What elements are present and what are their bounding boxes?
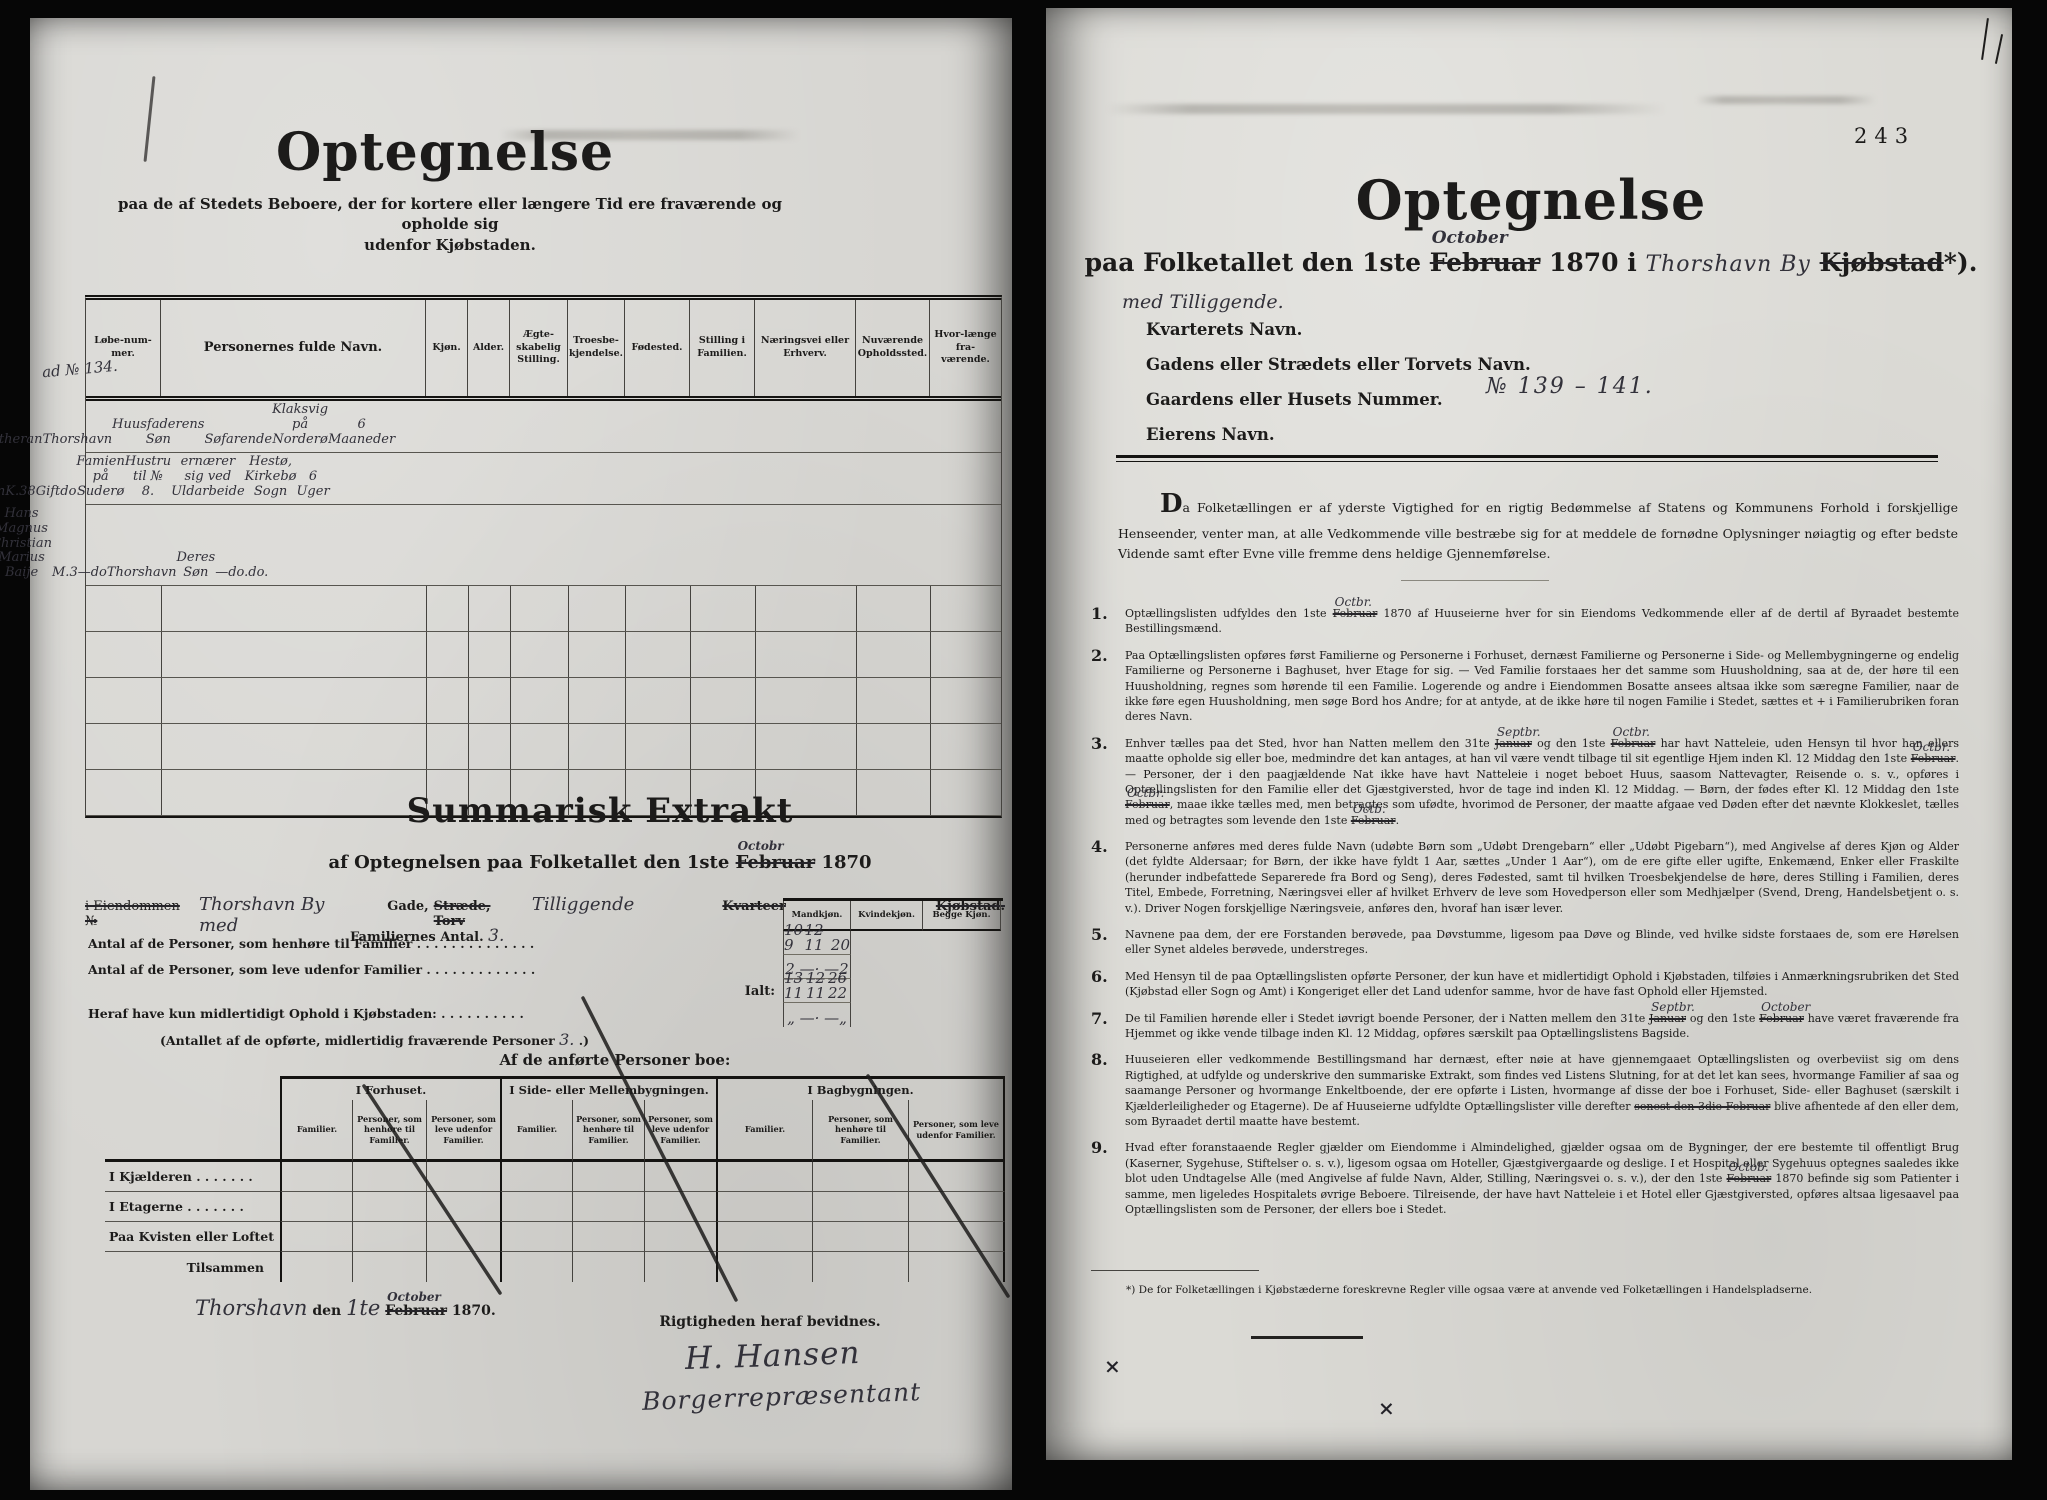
column-header: Personernes fulde Navn. — [161, 300, 426, 396]
absent-count-post: .) — [579, 1033, 589, 1048]
handwritten-correction: Octob. — [1729, 1159, 1769, 1176]
text-segment: og den 1ste — [1532, 737, 1611, 750]
instruction-item: 9.Hvad efter foranstaaende Regler gjælde… — [1091, 1140, 1959, 1217]
handwritten-entry: Thorshavn — [107, 566, 177, 581]
divider-rule — [1116, 455, 1938, 462]
text-segment: FebruarOctb. — [1351, 814, 1396, 827]
column-header: Begge Kjøn. — [923, 901, 1001, 931]
subcolumn-header: Personer, som leve udenfor Familier. — [644, 1100, 716, 1162]
struck-label: i Eiendommen № — [85, 899, 191, 929]
census-table: Løbe-num-mer.Personernes fulde Navn.Kjøn… — [85, 295, 1002, 818]
handwritten-month: October — [1432, 228, 1508, 248]
page-subtitle-line1: paa de af Stedets Beboere, der for korte… — [90, 194, 810, 235]
handwritten-entry: Deres Søn — [176, 551, 215, 581]
count-row-label: Antal af de Personer, som leve udenfor F… — [88, 962, 738, 977]
extract-subtitle-year: 1870 — [821, 852, 871, 873]
page-subtitle: paa de af Stedets Beboere, der for korte… — [90, 194, 810, 255]
handwritten-entry: M. — [52, 566, 69, 581]
address-line-nummer: Gaardens eller Husets Nummer. — [1146, 390, 1443, 409]
item-number: 9. — [1091, 1137, 1108, 1159]
table-row: 2.Anna Maria f. MagnussenK.38GiftdoFamie… — [86, 453, 1001, 505]
item-text: Navnene paa dem, der ere Forstanden berø… — [1125, 928, 1959, 956]
handwritten-entry: Gift — [36, 485, 61, 500]
residence-row: I Kjælderen . . . . . . . — [105, 1162, 1005, 1192]
segment-text: Navnene paa dem, der ere Forstanden berø… — [1125, 928, 1959, 956]
segment-text: , maae ikke tælles med, men betragtes so… — [1125, 798, 1959, 826]
column-header: Alder. — [468, 300, 510, 396]
text-segment: og den 1ste — [1686, 1012, 1759, 1025]
text-segment: , maae ikke tælles med, men betragtes so… — [1125, 798, 1959, 826]
date-line: Thorshavn den 1te FebruarOctober 1870. — [195, 1296, 496, 1320]
segment-text: senest den 3die Februar — [1634, 1100, 1770, 1113]
residence-subheader-row: Familier. Personer, som henhøre til Fami… — [105, 1100, 1005, 1162]
table-cell: 3.Hans Magnus Christian Marius BaijeM.3—… — [86, 505, 161, 586]
handwritten-count: 1̶2̶ 11 — [805, 923, 831, 953]
handwritten-count: 2̶6̶ 22 — [828, 971, 850, 1001]
handwritten-count: 20 — [831, 938, 850, 953]
group-header: I Bagbygningen. — [716, 1076, 1005, 1100]
text-segment: FebruarOctbr. — [1911, 752, 1956, 765]
handwritten-place: Thorshavn By med — [199, 894, 361, 936]
text-segment: Optællingslisten udfyldes den 1ste — [1125, 607, 1333, 620]
column-header: Kvindekjøn. — [851, 901, 923, 931]
item-text: Hvad efter foranstaaende Regler gjælder … — [1125, 1141, 1959, 1216]
text-segment: Navnene paa dem, der ere Forstanden berø… — [1125, 928, 1959, 956]
handwritten-month: October — [387, 1290, 441, 1304]
segment-text: Med Hensyn til de paa Optællingslisten o… — [1125, 970, 1959, 998]
printed-label: Gade, — [387, 899, 428, 914]
handwritten-entry: Thorshavn — [43, 433, 113, 448]
page-number: 243 — [1854, 124, 1915, 148]
handwritten-entry: do — [91, 566, 107, 581]
handwritten-house-number: № 139 – 141. — [1486, 374, 1654, 399]
printed-year: 1870. — [452, 1303, 496, 1319]
column-header: Nuværende Opholdssted. — [856, 300, 930, 396]
footnote: *) De for Folketællingen i Kjøbstæderne … — [1126, 1284, 1936, 1296]
handwritten-day: 1te — [346, 1296, 380, 1320]
segment-text: . — [1396, 814, 1400, 827]
handwritten-place: Thorshavn By — [1645, 252, 1810, 277]
residence-row: Paa Kvisten eller Loftet — [105, 1222, 1005, 1252]
corrected-date: FebruarOctobr — [736, 852, 816, 873]
census-table-body: 1.Jørgen Frantz HansenM.25UgiftLutheranT… — [86, 401, 1001, 586]
subcolumn-header: Personer, som leve udenfor Familier. — [426, 1100, 500, 1162]
struck-month: Februar — [385, 1303, 447, 1319]
item-text: Personerne anføres med deres fulde Navn … — [1125, 840, 1959, 915]
bottom-rule — [1251, 1336, 1363, 1339]
bleed-through-artifact — [1106, 104, 1666, 114]
bleed-through-artifact — [1696, 96, 1876, 104]
struck-word: Kjøbstad — [1820, 248, 1944, 277]
row-label: Tilsammen — [105, 1252, 280, 1282]
absent-count-handwritten: 3. — [559, 1030, 574, 1049]
handwritten-entry: 6 Uger — [296, 470, 329, 500]
subcolumn-header: Personer, som henhøre til Familier. — [352, 1100, 426, 1162]
instruction-item: 2.Paa Optællingslisten opføres først Fam… — [1091, 648, 1959, 725]
page-subtitle: paa Folketallet den 1ste FebruarOctober … — [1066, 248, 1996, 277]
subtitle-footnote-ref: *). — [1944, 248, 1978, 277]
handwritten-place: Thorshavn — [195, 1296, 307, 1320]
pen-stroke-artifact — [1995, 34, 2003, 64]
instruction-item: 8.Huuseieren eller vedkommende Bestillin… — [1091, 1052, 1959, 1129]
text-segment: FebruarOctob. — [1727, 1172, 1772, 1185]
column-header: Hvor-længe fra-værende. — [930, 300, 1001, 396]
item-text: De til Familien hørende eller i Stedet i… — [1125, 1012, 1959, 1040]
item-text: Paa Optællingslisten opføres først Famil… — [1125, 649, 1959, 724]
instruction-item: 7.De til Familien hørende eller i Stedet… — [1091, 1011, 1959, 1042]
right-page: 243 Optegnelse paa Folketallet den 1ste … — [1046, 8, 2012, 1460]
handwritten-entry: 6 Maaneder — [328, 418, 395, 448]
item-number: 3. — [1091, 733, 1108, 755]
subcolumn-header: Personer, som henhøre til Familier. — [812, 1100, 908, 1162]
segment-text: De til Familien hørende eller i Stedet i… — [1125, 1012, 1649, 1025]
instructions-list: 1.Optællingslisten udfyldes den 1ste Feb… — [1091, 606, 1959, 1228]
residence-row-total: Tilsammen — [105, 1252, 1005, 1282]
text-segment: Personerne anføres med deres fulde Navn … — [1125, 840, 1959, 915]
segment-text: Enhver tælles paa det Sted, hvor han Nat… — [1125, 737, 1495, 750]
struck-month: Februar — [1430, 248, 1541, 277]
text-segment: FebruarOctober — [1759, 1012, 1804, 1025]
item-number: 7. — [1091, 1008, 1108, 1030]
extract-subtitle: af Optegnelsen paa Folketallet den 1ste … — [260, 852, 940, 873]
corrected-date: FebruarOctober — [1430, 248, 1541, 277]
group-header: I Forhuset. — [280, 1076, 500, 1100]
text-segment: FebruarOctbr. — [1125, 798, 1170, 811]
handwritten-tilliggende: med Tilliggende. — [1122, 291, 1284, 313]
subcolumn-header: Personer, som leve udenfor Familier. — [908, 1100, 1005, 1162]
item-text: Optællingslisten udfyldes den 1ste Febru… — [1125, 607, 1959, 635]
text-segment: JanuarSeptbr. — [1649, 1012, 1686, 1025]
item-text: Med Hensyn til de paa Optællingslisten o… — [1125, 970, 1959, 998]
handwritten-entry: Hans Magnus Christian Marius Baije — [0, 507, 52, 582]
handwritten-correction: Octb. — [1353, 801, 1386, 818]
handwritten-count: 1̶0̶ 9 — [784, 923, 805, 953]
table-cell: 2.Anna Maria f. MagnussenK.38GiftdoFamie… — [86, 453, 161, 504]
handwritten-entry: ernærer sig ved Uldarbeide — [171, 455, 245, 500]
table-row: 3.Hans Magnus Christian Marius BaijeM.3—… — [86, 505, 1001, 587]
column-header: Ægte-skabelig Stilling. — [510, 300, 568, 396]
text-segment: JanuarSeptbr. — [1495, 737, 1532, 750]
attestation-label: Rigtigheden heraf bevidnes. — [630, 1314, 910, 1330]
handwritten-count: „ — — [787, 1011, 815, 1026]
handwritten-entry: do. — [228, 566, 248, 581]
count-row-label: Antal af de Personer, som henhøre til Fa… — [88, 936, 738, 951]
segment-text: og den 1ste — [1532, 737, 1611, 750]
footnote-rule — [1091, 1270, 1259, 1271]
printed-den: den — [312, 1303, 341, 1319]
struck-label: Stræde, Torv — [434, 899, 522, 929]
table-cell: 1̶3̶ 111̶2̶ 112̶6̶ 22 — [783, 979, 851, 1003]
intro-paragraph: Da Folketællingen er af yderste Vigtighe… — [1118, 484, 1958, 563]
census-table-header: Løbe-num-mer.Personernes fulde Navn.Kjøn… — [86, 300, 1001, 401]
handwritten-entry: Klaksvig på Norderø — [272, 403, 328, 448]
group-header: I Side- eller Mellembygningen. — [500, 1076, 716, 1100]
table-row: „ —· —„ — [783, 1003, 1003, 1027]
address-line-gade: Gadens eller Strædets eller Torvets Navn… — [1146, 355, 1531, 374]
address-line-eier: Eierens Navn. — [1146, 425, 1275, 444]
text-segment: Med Hensyn til de paa Optællingslisten o… — [1125, 970, 1959, 998]
text-segment: Enhver tælles paa det Sted, hvor han Nat… — [1125, 737, 1495, 750]
extract-subtitle-pre: af Optegnelsen paa Folketallet den 1ste — [328, 852, 729, 873]
item-number: 1. — [1091, 603, 1108, 625]
instruction-item: 6.Med Hensyn til de paa Optællingslisten… — [1091, 969, 1959, 1000]
struck-month: Februar — [736, 852, 816, 873]
text-segment: senest den 3die Februar — [1634, 1100, 1770, 1113]
handwritten-correction: Octbr. — [1613, 724, 1650, 741]
x-mark: × — [1104, 1354, 1121, 1378]
segment-text: Paa Optællingslisten opføres først Famil… — [1125, 649, 1959, 724]
subtitle-mid: 1870 i — [1549, 248, 1637, 277]
handwritten-entry: Famien på Suderø — [76, 455, 124, 500]
handwritten-word: Tilliggende — [532, 894, 635, 915]
segment-text: og den 1ste — [1686, 1012, 1759, 1025]
column-header: Løbe-num-mer. — [86, 300, 161, 396]
handwritten-entry: Huusfaderens Søn — [112, 418, 204, 448]
column-header: Fødested. — [625, 300, 690, 396]
table-row: 1̶0̶ 91̶2̶ 1120 — [783, 931, 1003, 955]
total-label: Ialt: — [670, 984, 775, 999]
item-number: 2. — [1091, 645, 1108, 667]
handwritten-count: 1̶3̶ 11 — [784, 971, 806, 1001]
handwritten-correction: Octbr. — [1913, 739, 1950, 756]
signer-title: Borgerrepræsentant — [642, 1377, 922, 1416]
row-label: I Kjælderen . . . . . . . — [105, 1162, 280, 1192]
table-cell: „ —· —„ — [783, 1003, 851, 1027]
stub-spacer — [105, 1076, 280, 1100]
item-number: 5. — [1091, 924, 1108, 946]
page-title: Optegnelse — [1106, 168, 1956, 232]
handwritten-entry: do. — [248, 566, 268, 581]
residence-table: I Forhuset. I Side- eller Mellembygninge… — [105, 1076, 1005, 1282]
empty-table-row — [86, 724, 1001, 770]
page-title: Optegnelse — [30, 122, 860, 183]
item-number: 6. — [1091, 966, 1108, 988]
row-label: I Etagerne . . . . . . . — [105, 1192, 280, 1222]
section-rule — [1401, 580, 1549, 581]
sex-count-body: 1̶0̶ 91̶2̶ 1120 2 —· —2 1̶3̶ 111̶2̶ 112̶… — [783, 931, 1003, 1027]
item-text: Enhver tælles paa det Sted, hvor han Nat… — [1125, 737, 1959, 827]
column-header: Troesbe-kjendelse. — [568, 300, 625, 396]
absent-count-pre: (Antallet af de opførte, midlertidig fra… — [160, 1033, 555, 1048]
handwritten-entry: Hestø, Kirkebø Sogn — [245, 455, 297, 500]
handwritten-entry: Søfarende — [204, 433, 272, 448]
subtitle-pre: paa Folketallet den 1ste — [1085, 248, 1421, 277]
text-segment: FebruarOctbr. — [1611, 737, 1656, 750]
handwritten-count: · — — [815, 1011, 840, 1026]
sex-count-table: Mandkjøn.Kvindekjøn.Begge Kjøn. 1̶0̶ 91̶… — [783, 898, 1003, 1027]
text-segment: Paa Optællingslisten opføres først Famil… — [1125, 649, 1959, 724]
subcolumn-header: Familier. — [500, 1100, 572, 1162]
stub-spacer — [105, 1100, 280, 1162]
handwritten-month: Octobr — [738, 839, 784, 853]
table-row: 1.Jørgen Frantz HansenM.25UgiftLutheranT… — [86, 401, 1001, 453]
handwritten-entry: do — [60, 485, 76, 500]
handwritten-entry: — — [215, 566, 228, 581]
instruction-item: 3.Enhver tælles paa det Sted, hvor han N… — [1091, 736, 1959, 828]
residence-row: I Etagerne . . . . . . . — [105, 1192, 1005, 1222]
text-segment: . — [1396, 814, 1400, 827]
handwritten-entry: K. — [5, 485, 19, 500]
handwritten-count: 1̶2̶ 11 — [806, 971, 828, 1001]
struck-label: Kvarteer — [722, 899, 786, 914]
subcolumn-header: Personer, som henhøre til Familier. — [572, 1100, 644, 1162]
handwritten-entry: 3 — [69, 566, 77, 581]
signature: H. Hansen — [684, 1335, 861, 1377]
text-segment: De til Familien hørende eller i Stedet i… — [1125, 1012, 1649, 1025]
row-label: Paa Kvisten eller Loftet — [105, 1222, 280, 1252]
handwritten-entry: — — [78, 566, 91, 581]
x-mark: × — [1378, 1396, 1395, 1420]
handwritten-correction: October — [1761, 999, 1810, 1016]
column-header: Kjøn. — [426, 300, 468, 396]
residence-heading: Af de anførte Personer boe: — [450, 1051, 780, 1069]
segment-text: Personerne anføres med deres fulde Navn … — [1125, 840, 1959, 915]
residence-group-header: I Forhuset. I Side- eller Mellembygninge… — [105, 1076, 1005, 1100]
instruction-item: 4.Personerne anføres med deres fulde Nav… — [1091, 839, 1959, 916]
column-header: Stilling i Familien. — [690, 300, 755, 396]
handwritten-count: „ — [839, 1011, 847, 1026]
corrected-date: FebruarOctober — [385, 1303, 447, 1319]
address-line-kvarter: Kvarterets Navn. — [1146, 320, 1302, 339]
pen-stroke-artifact — [1981, 18, 1989, 60]
subcolumn-header: Familier. — [716, 1100, 812, 1162]
absent-count-line: (Antallet af de opførte, midlertidig fra… — [160, 1030, 589, 1049]
item-number: 8. — [1091, 1049, 1108, 1071]
empty-table-row — [86, 586, 1001, 632]
empty-table-row — [86, 632, 1001, 678]
instruction-item: 5.Navnene paa dem, der ere Forstanden be… — [1091, 927, 1959, 958]
handwritten-entry: Hustru til № 8. — [125, 455, 171, 500]
table-cell: 1̶0̶ 91̶2̶ 1120 — [783, 931, 851, 955]
page-subtitle-line2: udenfor Kjøbstaden. — [90, 235, 810, 255]
subcolumn-header: Familier. — [280, 1100, 352, 1162]
item-text: Huuseieren eller vedkommende Bestillings… — [1125, 1053, 1959, 1128]
count-row-label: Heraf have kun midlertidigt Ophold i Kjø… — [88, 1006, 738, 1021]
handwritten-correction: Octbr. — [1127, 785, 1164, 802]
segment-text: Optællingslisten udfyldes den 1ste — [1125, 607, 1333, 620]
empty-table-row — [86, 678, 1001, 724]
extract-title: Summarisk Extrakt — [260, 791, 940, 831]
handwritten-entry: Lutheran — [0, 433, 43, 448]
handwritten-correction: Octbr. — [1335, 594, 1372, 611]
table-row: 1̶3̶ 111̶2̶ 112̶6̶ 22 — [783, 979, 1003, 1003]
column-header: Næringsvei eller Erhverv. — [755, 300, 856, 396]
instruction-item: 1.Optællingslisten udfyldes den 1ste Feb… — [1091, 606, 1959, 637]
left-page: Optegnelse paa de af Stedets Beboere, de… — [30, 18, 1012, 1490]
book-scan: Optegnelse paa de af Stedets Beboere, de… — [0, 0, 2047, 1500]
handwritten-entry: 38 — [19, 485, 36, 500]
item-number: 4. — [1091, 836, 1108, 858]
text-segment: FebruarOctbr. — [1333, 607, 1378, 620]
table-cell: 1.Jørgen Frantz HansenM.25UgiftLutheranT… — [86, 401, 161, 452]
